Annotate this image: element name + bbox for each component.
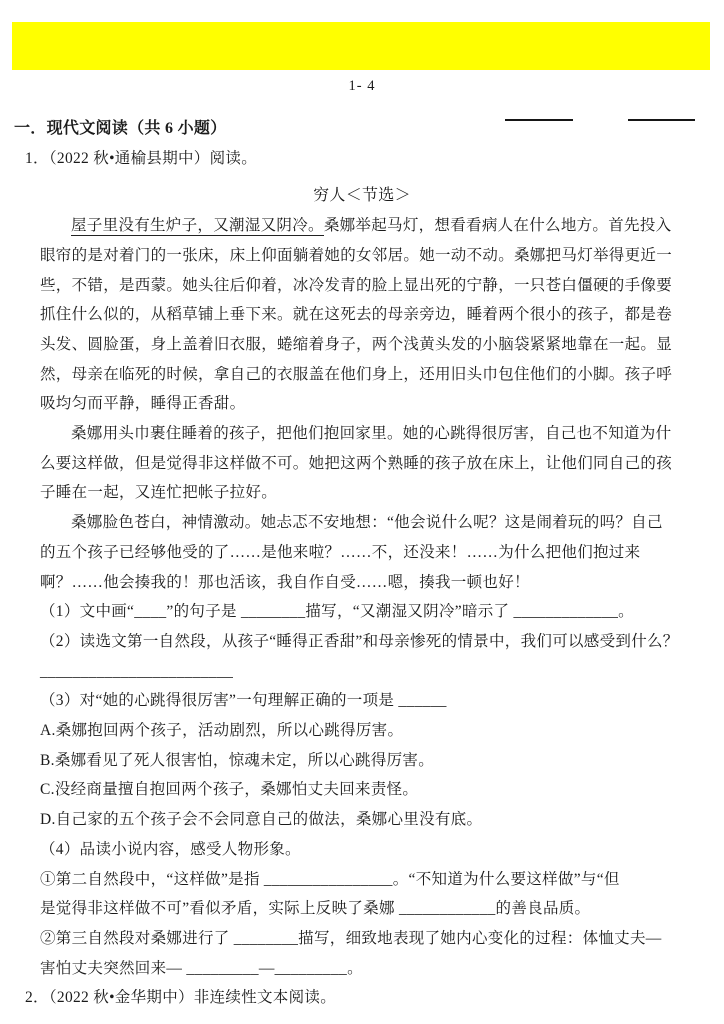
passage-line: 头发、圆脸蛋，身上盖着旧衣服，蜷缩着身子，两个浅黄头发的小脑袋紧紧地靠在一起。显 <box>0 330 724 360</box>
option-b: B.桑娜看见了死人很害怕，惊魂未定，所以心跳得厉害。 <box>0 746 724 776</box>
sub-question-4-part1-line2: 是觉得非这样做不可”看似矛盾，实际上反映了桑娜 ____________的善良品… <box>0 894 724 924</box>
passage-line: 眼帘的是对着门的一张床，床上仰面躺着她的女邻居。她一动不动。桑娜把马灯举得更近一 <box>0 241 724 271</box>
question-1-label: 1．（2022 秋•通榆县期中）阅读。 <box>0 144 724 174</box>
passage-text: 桑娜举起马灯，想看看病人在什么地方。首先投入 <box>324 217 672 234</box>
passage-line: 么要这样做，但是觉得非这样做不可。她把这两个熟睡的孩子放在床上，让他们同自己的孩 <box>0 449 724 479</box>
sub-question-4-part1-line1: ①第二自然段中，“这样做”是指 ________________。“不知道为什么… <box>0 865 724 895</box>
answer-blank-line: ________________________ <box>0 657 724 687</box>
passage-line: 屋子里没有生炉子，又潮湿又阴冷。桑娜举起马灯，想看看病人在什么地方。首先投入 <box>0 211 724 241</box>
sub-question-4: （4）品读小说内容，感受人物形象。 <box>0 835 724 865</box>
page-number: 1- 4 <box>0 78 724 95</box>
passage-title: 穷人＜节选＞ <box>0 181 724 211</box>
passage-line: 抓住什么似的，从稻草铺上垂下来。就在这死去的母亲旁边，睡着两个很小的孩子，都是卷 <box>0 300 724 330</box>
question-2-label: 2．（2022 秋•金华期中）非连续性文本阅读。 <box>0 983 724 1013</box>
sub-question-4-part2-line1: ②第三自然段对桑娜进行了 ________描写，细致地表现了她内心变化的过程：体… <box>0 924 724 954</box>
sub-question-3: （3）对“她的心跳得很厉害”一句理解正确的一项是 ______ <box>0 686 724 716</box>
document-content: 一．现代文阅读（共 6 小题） 1．（2022 秋•通榆县期中）阅读。 穷人＜节… <box>0 114 724 1013</box>
passage-line: 桑娜脸色苍白，神情激动。她忐忑不安地想：“他会说什么呢？这是闹着玩的吗？自己 <box>0 508 724 538</box>
sub-question-2: （2）读选文第一自然段，从孩子“睡得正香甜”和母亲惨死的情景中，我们可以感受到什… <box>0 627 724 657</box>
passage-line: 吸均匀而平静，睡得正香甜。 <box>0 389 724 419</box>
underlined-sentence: 屋子里没有生炉子，又潮湿又阴冷。 <box>71 217 324 236</box>
sub-question-4-part2-line2: 害怕丈夫突然回来— _________—_________。 <box>0 954 724 984</box>
section-heading: 一．现代文阅读（共 6 小题） <box>0 114 724 144</box>
passage-line: 啊？……他会揍我的！那也活该，我自作自受……嗯，揍我一顿也好！ <box>0 568 724 598</box>
option-c: C.没经商量擅自抱回两个孩子，桑娜怕丈夫回来责怪。 <box>0 775 724 805</box>
passage-line: 子睡在一起，又连忙把帐子拉好。 <box>0 478 724 508</box>
passage-line: 些，不错，是西蒙。她头往后仰着，冰冷发青的脸上显出死的宁静，一只苍白僵硬的手像要 <box>0 271 724 301</box>
option-d: D.自己家的五个孩子会不会同意自己的做法，桑娜心里没有底。 <box>0 805 724 835</box>
sub-question-1: （1）文中画“____”的句子是 ________描写，“又潮湿又阴冷”暗示了 … <box>0 597 724 627</box>
document-page: 1- 4 一．现代文阅读（共 6 小题） 1．（2022 秋•通榆县期中）阅读。… <box>0 0 724 1024</box>
passage-line: 桑娜用头巾裹住睡着的孩子，把他们抱回家里。她的心跳得很厉害，自己也不知道为什 <box>0 419 724 449</box>
highlighted-redaction-bar <box>12 22 710 70</box>
option-a: A.桑娜抱回两个孩子，活动剧烈，所以心跳得厉害。 <box>0 716 724 746</box>
passage-line: 的五个孩子已经够他受的了……是他来啦？……不，还没来！……为什么把他们抱过来 <box>0 538 724 568</box>
passage-line: 然，母亲在临死的时候，拿自己的衣服盖在他们身上，还用旧头巾包住他们的小脚。孩子呼 <box>0 360 724 390</box>
